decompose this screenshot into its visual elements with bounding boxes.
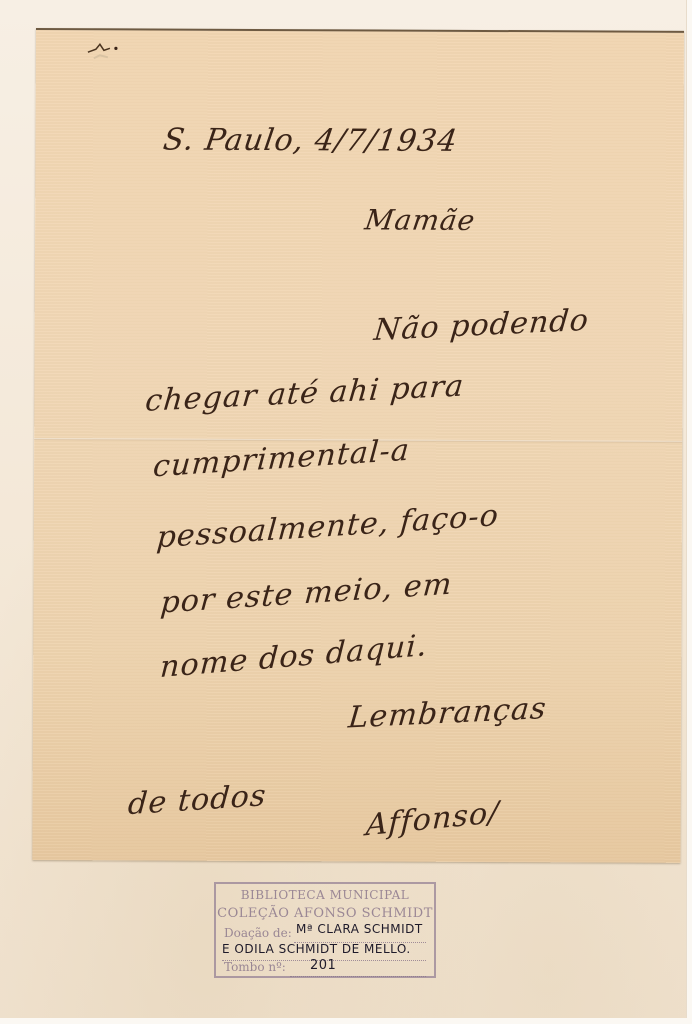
library-stamp: BIBLIOTECA MUNICIPAL COLEÇÃO AFONSO SCHM…: [214, 882, 436, 978]
stamp-collection: COLEÇÃO AFONSO SCHMIDT: [216, 906, 434, 921]
body-line-4: pessoalmente, faço-o: [155, 498, 500, 555]
tear-mark-icon: [86, 40, 126, 62]
stamp-donation-value-1: Mª CLARA SCHMIDT: [296, 922, 423, 936]
signature: Affonso/: [365, 795, 500, 843]
stamp-tombo-label: Tombo nº:: [224, 960, 286, 974]
place-date: S. Paulo, 4/7/1934: [161, 123, 460, 159]
closing: de todos: [127, 778, 268, 822]
stamp-donation-value-2: E ODILA SCHMIDT DE MELLO.: [222, 942, 411, 956]
stamp-title: BIBLIOTECA MUNICIPAL: [216, 888, 434, 902]
body-line-6: nome dos daqui.: [159, 628, 428, 685]
body-line-5: por este meio, em: [159, 567, 454, 621]
stamp-donation-label: Doação de:: [224, 926, 292, 940]
stamp-tombo-value: 201: [310, 958, 336, 973]
letter-sheet: S. Paulo, 4/7/1934 Mamãe Não podendo che…: [32, 28, 684, 863]
salutation: Mamãe: [363, 203, 478, 236]
body-line-2: chegar até ahi para: [144, 369, 466, 419]
body-line-7: Lembranças: [347, 691, 548, 735]
tombo-dotted-line: [290, 976, 426, 977]
body-line-1: Não podendo: [372, 303, 590, 348]
